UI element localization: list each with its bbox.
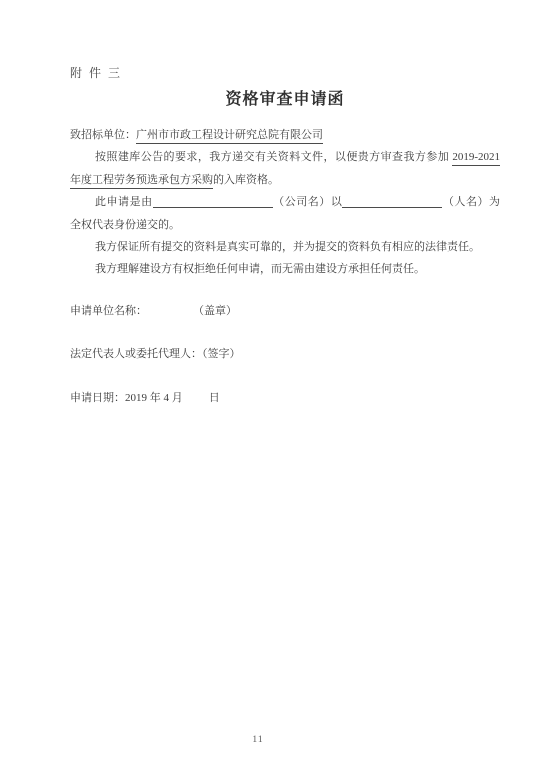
page-number: 11 [0, 735, 516, 745]
paragraph-guarantee: 我方保证所有提交的资料是真实可靠的，并为提交的资料负有相应的法律责任。 [70, 236, 500, 258]
recipient-company: 广州市市政工程设计研究总院有限公司 [136, 129, 323, 144]
paragraph-apply-tail: 的入库资格。 [213, 174, 279, 186]
attachment-label: 附 件 三 [70, 64, 500, 81]
date-line: 申请日期：2019 年 4 月日 [70, 387, 500, 409]
paragraph-understand: 我方理解建设方有权拒绝任何申请，而无需由建设方承担任何责任。 [70, 258, 500, 280]
person-name-blank [342, 195, 442, 208]
sign-hint: （签字） [202, 348, 241, 360]
paragraph-submit-lead: 此申请是由 [95, 196, 153, 208]
recipient-label: 致招标单位： [70, 129, 136, 141]
document-title: 资格审查申请函 [70, 90, 500, 109]
recipient-line: 致招标单位：广州市市政工程设计研究总院有限公司 [70, 124, 500, 146]
paragraph-submit: 此申请是由（公司名）以（人名）为全权代表身份递交的。 [70, 191, 500, 236]
company-name-blank [153, 195, 273, 208]
seal-hint: （盖章） [193, 305, 237, 317]
paragraph-apply-lead: 按照建库公告的要求，我方递交有关资料文件，以便贵方审查我方参加 [95, 151, 452, 163]
paragraph-apply: 按照建库公告的要求，我方递交有关资料文件，以便贵方审查我方参加 2019-202… [70, 146, 500, 191]
representative-line: 法定代表人或委托代理人：（签字） [70, 343, 500, 365]
date-day-label: 日 [209, 392, 220, 404]
applicant-line: 申请单位名称：（盖章） [70, 300, 500, 322]
letter-body: 致招标单位：广州市市政工程设计研究总院有限公司 按照建库公告的要求，我方递交有关… [70, 124, 500, 281]
company-hint: （公司名）以 [273, 196, 343, 208]
representative-label: 法定代表人或委托代理人： [70, 348, 202, 360]
date-value: 2019 年 4 月 [125, 392, 183, 404]
document-content: 附 件 三 资格审查申请函 致招标单位：广州市市政工程设计研究总院有限公司 按照… [0, 0, 554, 409]
applicant-label: 申请单位名称： [70, 305, 147, 317]
scanned-document-page: 附 件 三 资格审查申请函 致招标单位：广州市市政工程设计研究总院有限公司 按照… [0, 0, 554, 783]
date-label: 申请日期： [70, 392, 125, 404]
